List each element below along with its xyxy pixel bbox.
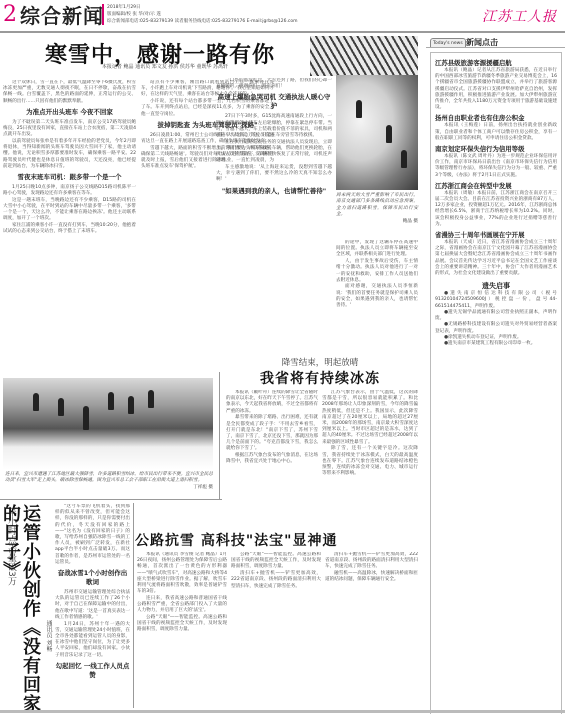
paragraph: 融雪机——高温除冰，快速解决桥面和匝道的结冰问题，保障车辆通行安全。: [325, 571, 418, 583]
brief-body: 本报讯（天成）近日，省江苏省漫画协会成立三十周年之际，省漫画协会在南京江宁文化园…: [435, 240, 557, 277]
paragraph: 清扫车+抛雪机——铲雪更加高效，222省道南京段、扬州段的路面清扫利用大型清扫车…: [325, 552, 418, 571]
issue-date: 2018年1月29日: [107, 4, 298, 11]
worker-figure: [58, 398, 64, 416]
ice-story-column-1: 本报讯（戴叶舟）连续的降雪让全省随时的南京以东北，好在昨天下午雪停了。江苏气象表…: [226, 390, 318, 498]
paragraph: 本报讯（鲍晶）记者从江苏省旅游局获悉，在近日举行的中国西部冰雪旅游节新疆冬季旅游…: [435, 68, 557, 111]
news-click-sidebar: Today's news 新闻点击 江苏县级旅游客源援疆启航 本报讯（鲍晶）记者…: [426, 36, 565, 714]
paragraph: 暴雪带来的除了堵路、出行困难，还有就是全民都变成了段子手：'不用去雪乡看雪，打开…: [226, 415, 318, 452]
worker-figure: [356, 100, 362, 118]
brief-body: 本报讯（王梅莲）日前，扬州出台扶持就业创业新政策，自由职业者和个体工商户可以缴存…: [435, 123, 557, 142]
highway-story-column-3: 清扫车+抛雪机——铲雪更加高效，222省道南京段、扬州段的路面清扫利用大型清扫车…: [325, 552, 418, 707]
worker-figure: [401, 150, 407, 168]
brief-title: 南京划定环保失信行为信用等级: [435, 145, 557, 154]
paragraph: 根据江苏气象台发布的气象消息，在这场降雪中，我省宜兴处于地心中心。: [226, 453, 318, 465]
ice-story-column-2: 江苏气象台表示，由于气温低，这次的降雪都是干雪，所以很容易就能积累了。和比200…: [322, 390, 418, 498]
paragraph: 人，由于发生事故后受伤，车主情绪十分激动。执法人员对他进行了一对一的安抚和救助，…: [336, 259, 418, 284]
paragraph: 本报讯（戴叶舟）连续的降雪让全省随时的南京以东北，好在昨天下午雪停了。江苏气象表…: [226, 390, 318, 415]
paragraph: 27日下午3时多，G15沈海高速南通段上行方向，一辆上海牌照的大货车左后轮爆胎，…: [216, 114, 332, 139]
shoveling-photo-caption: 周末两天的大雪严重影响了市民出行。南京交通部门多条路线启动应急预案，全力清扫道路…: [336, 193, 418, 221]
lost-notice-list: ●遗失南京恒信达科技有限公司（税号91320104724509600J）税控盘一…: [435, 291, 557, 347]
ice-story-headline: 我省将有持续冰冻: [230, 368, 410, 388]
paragraph: 江苏气象台表示，由于气温低，这次的降雪都是干雪，所以很容易就能积累了。和比200…: [322, 390, 418, 446]
paragraph: 面对感谢，交通执法人员李恒新说：'我们的首要任务就是保护司乘人员的安全，如果遇到…: [336, 284, 418, 309]
paragraph: 这是一趟末班车，当晚路边还有不少乘客，D15路的司机在大雪中小心驾驶，在平时到站…: [3, 198, 136, 223]
workers-shoveling-photo: [3, 378, 213, 470]
song-story-headline: 运管小伙创作《没有回家的日子》: [18, 504, 40, 714]
lead-byline: 本报记者 鲍晶 通讯员 郑文友 孙洪 侯苏华 童既华 苏禹轩: [45, 63, 285, 70]
lead-column-4: 的途中，发现了这辆车停在高速中间的位置。执法人员立即将车辆拖至安全区域，并联系相…: [336, 240, 418, 320]
paragraph: 本报讯（天成）近日，省江苏省漫画协会成立三十周年之际，省漫画协会在南京江宁文化园…: [435, 240, 557, 277]
paragraph: "这寸车票的飞机着头，找到那样的似从来不曾改变，但可能会这样，你没的那样的，只是…: [55, 504, 130, 566]
brief-title: 江苏浙江商会在转型中发展: [435, 182, 557, 191]
worker-figure: [83, 406, 89, 430]
highway-story-column-1: 本报讯（通讯员 李雪俊 记者 鲍晶）1月26日夜间，扬州公路管理处为保障雪后公路…: [137, 552, 227, 707]
paragraph: 一口热的都没吃过，大雪还封了路，但我们的心却一直暖暖的，谢谢你们一路有你们！: [216, 78, 332, 90]
caption-text: 周末两天的大雪严重影响了市民出行。南京交通部门多条路线启动应急预案，全力清扫道路…: [336, 193, 418, 217]
workers-photo-caption: 连日来，宜兴市遭遇了江苏地区最大强降雪，许多道路积雪结冰，给市民出行带来不便。宜…: [5, 472, 213, 494]
subhead-4: 高速上爆胎急哭司机 交通执法人暖心守护: [216, 93, 332, 111]
brief-body: 本报讯（陈文武 周叶丹）为进一步规范企业环保信用评价工作，南京市环保局日前出台《…: [435, 154, 557, 179]
caption-credit: 丁祥彪 摄: [5, 485, 213, 491]
paragraph: 本报讯（周敏）本报日前，江苏浙江商会在南京召开三届二次会员大会。目前在江苏省投资…: [435, 191, 557, 228]
sidebar-rule: [426, 47, 565, 48]
paragraph: 本报讯（王梅莲）日前，扬州出台扶持就业创业新政策，自由职业者和个体工商户可以缴存…: [435, 123, 557, 142]
lost-notice-title: 遗失启事: [435, 281, 557, 291]
worker-figure: [128, 396, 134, 414]
page-bottom-rule: [0, 710, 565, 713]
paragraph: 清扫车+抛雪机——铲雪更加高效，222省道南京段、扬州段的路面清扫利用大型清扫车…: [231, 571, 321, 590]
subhead-1: 为准点开出头班车 今夜不回家: [3, 108, 136, 117]
contact-line: 综合新闻部电话:025-83279139 读者服务热线电话:025-832791…: [107, 18, 298, 25]
song-subhead-1: 奋战冰雪1个小时创作出歌词: [55, 569, 130, 587]
subhead-2: 雪夜末班车司机：跟多带一个是一个: [3, 173, 136, 182]
notice-entry: ●遗失南京恒信达科技有限公司（税号91320104724509600J）税控盘一…: [435, 291, 557, 310]
brief-title: 省漫协三十周年书画展在宁开展: [435, 231, 557, 240]
paragraph: 正在执行道路巡查任务的交通执法人员发现后，立即上前询问情况，并联系救援车辆，帮助…: [216, 140, 332, 165]
worker-figure: [33, 393, 39, 411]
paragraph: 公路"天眼"——智能监控。高速公路和国省干线的视频监控全天候工作，及时发现路面积…: [137, 615, 227, 634]
worker-figure: [108, 392, 114, 410]
snow-tree-photo: [310, 36, 418, 76]
song-story-byline: 通讯员 刘畅: [42, 620, 52, 652]
highway-story-headline: 公路抗雪 高科技"法宝"显神通: [135, 530, 415, 550]
paragraph: 本报讯（陈文武 周叶丹）为进一步规范企业环保信用评价工作，南京市环保局日前出台《…: [435, 154, 557, 179]
editors-line: 版面编辑/校 张 华/对/示 遂: [107, 11, 298, 18]
shoveling-photo: [336, 75, 418, 190]
notice-entry: ●遗失南京市某建筑工程有限公司印章一枚。: [435, 341, 557, 347]
lead-intro: 这个双休日，雪一直在下，最低气温降至零下6摄氏度，积雪冰冻更加严重，无数交通人彻…: [3, 80, 136, 105]
paragraph: 的途中，发现了这辆车停在高速中间的位置。执法人员立即将车辆拖至安全区域，并联系相…: [336, 240, 418, 259]
brief-title: 江苏县级旅游客源援疆启航: [435, 59, 557, 68]
paragraph: 连日来，我省高速公路和普通国省干线公路积雪严重，全省公路部门投入了大量的人力物力…: [137, 596, 227, 615]
ice-story-kicker: 降雪结束，明起放晴: [230, 356, 410, 368]
brief-body: 本报讯（周敏）本报日前，江苏浙江商会在南京召开三届二次会员大会。目前在江苏省投资…: [435, 191, 557, 228]
worker-figure: [386, 125, 392, 143]
paragraph: 除了雪，还有一个关键字是冷。这次降雪，我省持续处于冰冻模式，白天的最高温度也在零…: [322, 446, 418, 477]
paragraph: 以前驾驶员每张单是有着多年开车经验的老党员，今年2月即将退休，当得知新闻的头班车…: [3, 139, 136, 170]
column-divider: [133, 503, 134, 708]
paragraph: 苏州市交通运输管理处综合执法大队的运管员已连续工作了26个小时，对于自己在保障运…: [55, 590, 130, 621]
newspaper-logo: 江苏工人报: [482, 6, 557, 26]
worker-figure: [148, 390, 154, 408]
song-subhead-2: 勾起回忆 一线工作人员点赞: [55, 662, 130, 680]
lead-column-3: 一口热的都没吃过，大雪还封了路，但我们的心却一直暖暖的，谢谢你们一路有你们！ 高…: [216, 78, 332, 296]
caption-credit: 鲍晶 摄: [336, 219, 418, 225]
page-masthead: 2 综合新闻 2018年1月29日 版面编辑/校 张 华/对/示 遂 综合新闻部…: [0, 0, 565, 33]
song-story-body: "这寸车票的飞机着头，找到那样的似从来不曾改变，但可能会这样，你没的那样的，只是…: [55, 504, 130, 708]
notice-entry: ●遗失无锡学品流通有限公司营业执照正副本，声明作废。: [435, 310, 557, 322]
page-number: 2: [3, 3, 17, 27]
column-divider: [219, 372, 220, 500]
paragraph: 1月24日，苏州十年一遇的大雪，交通运输管理处24小时值班，在全市各处都能看到运…: [55, 622, 130, 659]
section-divider: [0, 499, 222, 500]
paragraph: 本报讯（通讯员 李雪俊 记者 鲍晶）1月26日夜间，扬州公路管理处为保障雪后公路…: [137, 552, 227, 595]
paragraph: 公路"天眼"——智能监控。高速公路和国省干线的视频监控全天候工作，及时发现路面积…: [231, 552, 321, 571]
todays-news-tab: Today's news: [430, 38, 466, 47]
brief-body: 本报讯（鲍晶）记者从江苏省旅游局获悉，在近日举行的中国西部冰雪旅游节新疆冬季旅游…: [435, 68, 557, 111]
lead-column-1: 这个双休日，雪一直在下，最低气温降至零下6摄氏度，积雪冰冻更加严重，无数交通人彻…: [3, 80, 136, 370]
section-name: 综合新闻: [20, 4, 104, 28]
notice-entry: ●无锡路桥科技建设有限公司遗失对外贸易经营者备案登记表，声明作废。: [435, 322, 557, 334]
paragraph: 为了不耽误第二天头班车准点发车，南京公交17路驾驶员鲍梅良，25日夜里没有回家，…: [3, 120, 136, 139]
paragraph: 家住江浦的乘客小许一直没有打到车，当晚10:20分，他抱着试试的心态来到公交站台…: [3, 223, 136, 235]
masthead-meta: 2018年1月29日 版面编辑/校 张 华/对/示 遂 综合新闻部电话:025-…: [102, 4, 298, 25]
paragraph: 车主感激地说：'从上海赶来运货，没想到雪越下越大，幸亏遇到了你们，要不然这么冷的…: [216, 165, 332, 184]
sidebar-box: 江苏县级旅游客源援疆启航 本报讯（鲍晶）记者从江苏省旅游局获悉，在近日举行的中国…: [430, 52, 562, 714]
subhead-5: "如果遇到我的亲人，也请帮忙善待": [216, 187, 332, 196]
highway-story-column-2: 公路"天眼"——智能监控。高速公路和国省干线的视频监控全天候工作，及时发现路面积…: [231, 552, 321, 707]
paragraph: 1月25日晚10点多钟，南京扬子公交线路D15路司机陈平一路小心驾驶，发现路边还…: [3, 185, 136, 197]
caption-text: 连日来，宜兴市遭遇了江苏地区最大强降雪，许多道路积雪结冰，给市民出行带来不便。宜…: [5, 472, 213, 483]
